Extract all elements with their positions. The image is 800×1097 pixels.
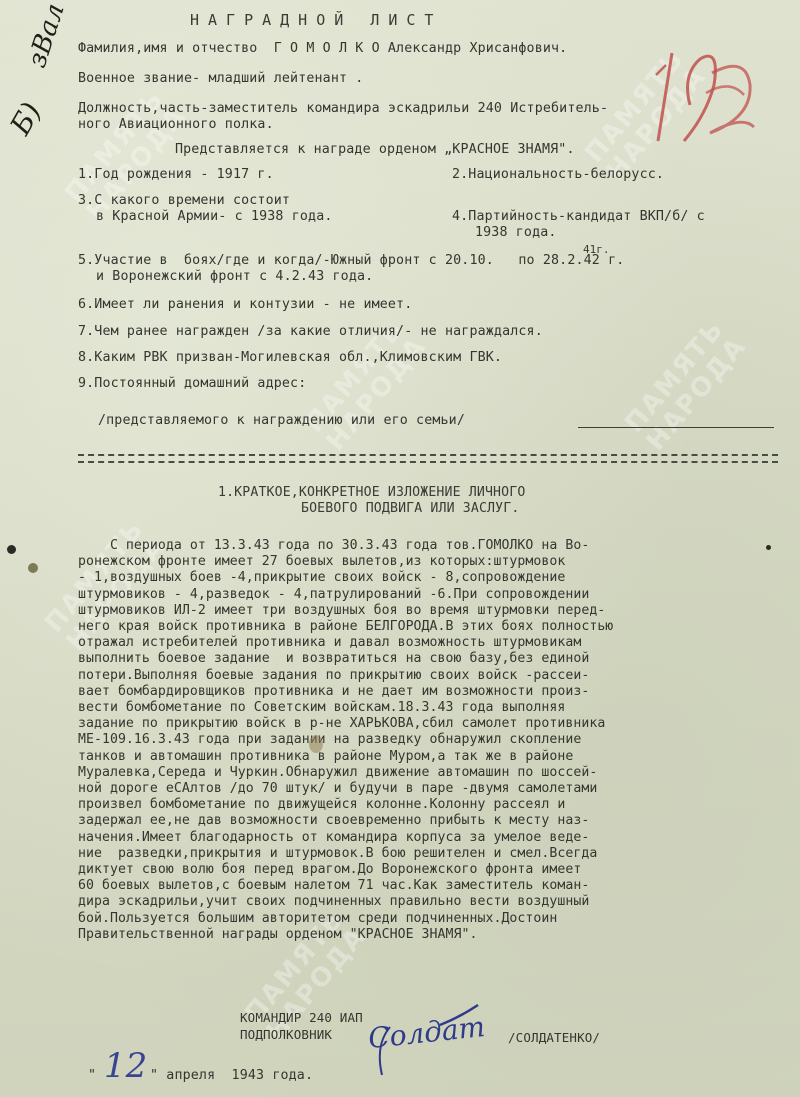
field-party-cont: 1938 года. [475, 225, 557, 241]
date-open-quote: " [88, 1068, 96, 1084]
narrative-line: потери.Выполняя боевые задания по прикры… [78, 668, 589, 684]
narrative-line: МЕ-109.16.3.43 года при задании на разве… [78, 732, 581, 748]
narrative-line: начения.Имеет благодарность от командира… [78, 830, 589, 846]
red-pencil-number [650, 45, 760, 145]
narrative-line: штурмовиков ИЛ-2 имеет три воздушных боя… [78, 603, 605, 619]
punch-hole [7, 545, 16, 554]
field-previous-awards: 7.Чем ранее награжден /за какие отличия/… [78, 324, 543, 340]
narrative-line: ние разведки,прикрытия и штурмовок.В бою… [78, 846, 597, 862]
field-party: 4.Партийность-кандидат ВКП/б/ с [452, 209, 705, 225]
narrative-line: ронежском фронте имеет 27 боевых вылетов… [78, 554, 565, 570]
narrative-line: Правительственной награды орденом "КРАСН… [78, 927, 477, 943]
margin-annotation: зВал [22, 0, 71, 71]
watermark: ПАМЯТЬ НАРОДА [620, 314, 752, 456]
narrative-line: задержал ее,не дав возможности своевреме… [78, 813, 589, 829]
position-line-cont: ного Авиационного полка. [78, 117, 274, 133]
ink-dot [766, 545, 771, 550]
full-name-line: Фамилия,имя и отчество Г О М О Л К О Але… [78, 41, 567, 57]
signature-title: КОМАНДИР 240 ИАП [240, 1010, 363, 1026]
narrative-line: выполнить боевое задание и возвратиться … [78, 651, 589, 667]
narrative-line: - 1,воздушных боев -4,прикрытие своих во… [78, 570, 565, 586]
field-combat-cont: и Воронежский фронт с 4.2.43 года. [96, 269, 373, 285]
field-rvk: 8.Каким РВК призван-Могилевская обл.,Кли… [78, 350, 502, 366]
field-address-label: 9.Постоянный домашний адрес: [78, 376, 306, 392]
section-heading-cont: БОЕВОГО ПОДВИГА ИЛИ ЗАСЛУГ. [301, 501, 519, 517]
address-blank-line [578, 427, 774, 428]
date-text: " апреля 1943 года. [150, 1068, 313, 1084]
field-service-since: 3.С какого времени состоит [78, 193, 290, 209]
position-line: Должность,часть-заместитель командира эс… [78, 101, 608, 117]
signature-rank: ПОДПОЛКОВНИК [240, 1027, 332, 1043]
narrative-line: вает бомбардировщиков противника и не да… [78, 684, 589, 700]
narrative-line: танков и автомашин противника в районе М… [78, 749, 573, 765]
combat-year-correction: 41г. [583, 243, 610, 256]
narrative-line: бой.Пользуется большим авторитетом среди… [78, 911, 557, 927]
narrative-line: вести бомбометание по Советским войскам.… [78, 700, 565, 716]
narrative-line: диктует свою волю боя перед врагом.До Во… [78, 862, 581, 878]
field-birth-year: 1.Год рождения - 1917 г. [78, 167, 274, 183]
award-sheet-page: ПАМЯТЬ НАРОДА ПАМЯТЬ НАРОДА ПАМЯТЬ НАРОД… [0, 0, 800, 1097]
rust-spot [28, 563, 38, 573]
document-title: НАГРАДНОЙ ЛИСТ [190, 12, 442, 28]
signature-flourish [360, 995, 500, 1085]
narrative-line: него края войск противника в районе БЕЛГ… [78, 619, 613, 635]
field-address-sub: /представляемого к награждению или его с… [98, 413, 465, 429]
narrative-line: С периода от 13.3.43 года по 30.3.43 год… [78, 538, 589, 554]
field-combat: 5.Участие в боях/где и когда/-Южный фрон… [78, 253, 624, 269]
narrative-line: задание по прикрытию войск в р-не ХАРЬКО… [78, 716, 605, 732]
narrative-line: штурмовиков - 4,разведок - 4,патрулирова… [78, 587, 589, 603]
narrative-line: дира эскадрильи,учит своих подчиненных п… [78, 894, 589, 910]
award-nomination-line: Представляется к награде орденом „КРАСНО… [175, 142, 575, 158]
narrative-line: отражал истребителей противника и давал … [78, 635, 581, 651]
stain-spot [309, 735, 323, 753]
narrative-line: Муралевка,Середа и Чуркин.Обнаружил движ… [78, 765, 597, 781]
narrative-line: произвел бомбометание по движущейся коло… [78, 797, 565, 813]
field-service-since-cont: в Красной Армии- с 1938 года. [96, 209, 333, 225]
signature-name: /СОЛДАТЕНКО/ [508, 1030, 600, 1046]
section-heading: 1.КРАТКОЕ,КОНКРЕТНОЕ ИЗЛОЖЕНИЕ ЛИЧНОГО [218, 485, 525, 501]
narrative-line: ной дороге eСАлтов /до 70 штук/ и будучи… [78, 781, 597, 797]
military-rank-line: Военное звание- младший лейтенант . [78, 71, 363, 87]
margin-annotation-b: Б) [4, 97, 48, 141]
narrative-line: 60 боевых вылетов,с боевым налетом 71 ча… [78, 878, 589, 894]
field-nationality: 2.Национальность-белорусс. [452, 167, 664, 183]
date-day-handwritten: 12 [104, 1046, 147, 1086]
section-divider [78, 454, 778, 463]
field-wounds: 6.Имеет ли ранения и контузии - не имеет… [78, 297, 412, 313]
